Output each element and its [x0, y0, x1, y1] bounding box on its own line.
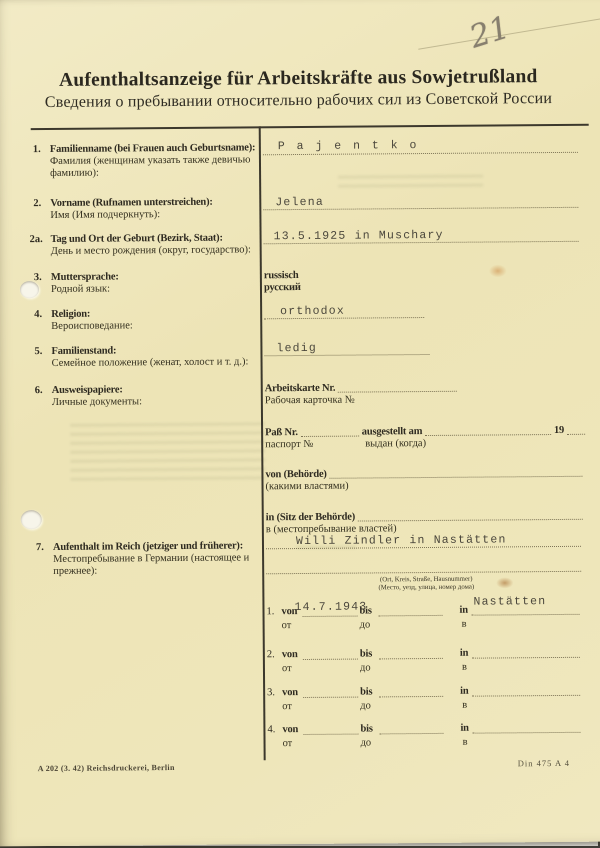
seat-label-german: in (Sitz der Behörde) [266, 512, 355, 525]
form-title-german: Aufenthaltsanzeige für Arbeitskräfte aus… [0, 66, 600, 93]
row-number: 2. [267, 649, 275, 660]
to-entry-line [378, 603, 442, 617]
label-russian: Семейное положение (женат, холост и т. д… [52, 356, 259, 370]
entry-line-familienstand [264, 339, 429, 356]
entry-line-vorname [263, 192, 578, 210]
von-label-russian: от [282, 620, 292, 631]
field-number: 5. [34, 346, 42, 358]
field-label-geburt: 2a. Tag und Ort der Geburt (Bezirk, Staa… [34, 232, 258, 258]
in-label-russian: в [462, 700, 467, 711]
ink-bleed-through [70, 422, 265, 482]
place-value: Nastätten [473, 595, 546, 609]
scanned-document: 21 Aufenthaltsanzeige für Arbeitskräfte … [0, 0, 600, 848]
label-russian: Личные документы: [52, 395, 259, 409]
field-number: 2a. [30, 234, 43, 246]
year-prefix: 19 [554, 425, 564, 437]
von-label-russian: от [282, 663, 292, 674]
in-label-german: in [460, 723, 468, 734]
field-label-muttersprache: 3. Muttersprache: Родной язык: [34, 270, 258, 296]
from-entry-line [303, 647, 358, 660]
von-label-german: von [282, 687, 298, 698]
value-muttersprache-russian: русский [264, 280, 584, 295]
ink-bleed-through [338, 175, 483, 194]
issued-label-russian: выдан (когда) [365, 438, 426, 450]
field-number: 4. [34, 309, 42, 321]
row-number: 4. [267, 724, 275, 735]
address-hint-russian: (Место, уезд, улица, номер дома) [296, 583, 556, 593]
handwritten-page-number: 21 [465, 9, 513, 55]
year-entry-line [567, 426, 585, 435]
label-russian: День и место рождения (округ, государств… [51, 244, 258, 258]
field-label-familienstand: 5. Familienstand: Семейное положение (же… [34, 344, 258, 370]
to-entry-line [379, 646, 443, 660]
in-label-german: in [460, 686, 468, 697]
in-label-russian: в [462, 662, 467, 673]
label-russian: Родной язык: [51, 282, 258, 296]
authority-label-russian: (какими властями) [265, 479, 585, 494]
field-label-vorname: 2. Vorname (Rufnamen unterstreichen): Им… [33, 196, 257, 222]
pass-russian-line: паспорт № выдан (когда) [265, 437, 585, 452]
bis-label-german: bis [360, 723, 372, 734]
bis-label-russian: до [361, 737, 372, 748]
field-number: 3. [34, 272, 42, 284]
bis-label-russian: до [360, 662, 371, 673]
field-label-ausweispapiere: 6. Ausweispapiere: Личные документы: [35, 383, 259, 409]
punch-hole-bottom [21, 510, 42, 529]
bis-label-russian: до [360, 619, 371, 630]
pass-number-entry-line [301, 428, 359, 437]
label-russian: Вероисповедание: [51, 319, 258, 333]
bis-label-russian: до [360, 700, 371, 711]
residence-row: 1. von от 14.7.1943 bis до in в Nastätte… [266, 604, 584, 636]
authority-label-german: von (Behörde) [265, 469, 326, 481]
bis-label-german: bis [359, 605, 371, 616]
residence-row: 4. von от bis до in в [267, 722, 585, 754]
entry-line-geburt [264, 226, 579, 244]
header-divider-rule [31, 124, 589, 130]
von-label-german: von [282, 724, 298, 735]
seat-entry-line [358, 511, 583, 522]
issued-entry-line [425, 426, 551, 436]
in-label-russian: в [462, 619, 467, 630]
place-entry-line [472, 683, 580, 697]
entry-line-aufenthalt-2 [266, 558, 581, 574]
label-russian: Имя (Имя подчеркнуть): [50, 208, 257, 222]
authority-entry-line [330, 468, 583, 479]
pass-label-german: Paß Nr. [265, 427, 298, 439]
field-label-aufenthalt: 7. Aufenthalt im Reich (jetziger und frü… [36, 540, 260, 578]
to-entry-line [379, 721, 443, 735]
entry-line-religion [264, 302, 424, 319]
bis-label-german: bis [360, 686, 372, 697]
bis-label-german: bis [360, 648, 372, 659]
in-label-german: in [460, 648, 468, 659]
field-number: 7. [36, 542, 44, 554]
issued-label-german: ausgestellt am [362, 426, 423, 438]
field-label-familienname: 1. Familienname (bei Frauen auch Geburts… [33, 142, 257, 180]
von-label-russian: от [282, 701, 292, 712]
entry-line-aufenthalt-1 [266, 532, 581, 549]
arbeitskarte-label-german: Arbeitskarte Nr. [265, 383, 336, 396]
residence-row: 3. von от bis до in в [267, 685, 585, 717]
label-russian: Фамилия (женщинам указать также девичью … [50, 154, 257, 180]
field-number: 6. [35, 385, 43, 397]
row-number: 3. [267, 687, 275, 698]
place-entry-line [472, 720, 580, 734]
von-label-russian: от [283, 738, 293, 749]
form-page: 21 Aufenthaltsanzeige für Arbeitskräfte … [0, 0, 600, 846]
place-entry-line [472, 645, 580, 659]
form-title-russian: Сведения о пребывании относительно рабоч… [0, 90, 600, 113]
row-number: 1. [266, 606, 274, 617]
von-label-german: von [282, 649, 298, 660]
from-entry-line [303, 685, 358, 698]
arbeitskarte-label-russian: Рабочая карточка № [265, 393, 585, 408]
label-russian: Местопребывание в Германии (настоящее и … [53, 552, 260, 578]
from-entry-line [303, 722, 358, 735]
from-value: 14.7.1943 [294, 600, 367, 614]
arbeitskarte-entry-line [338, 383, 457, 393]
in-label-german: in [459, 605, 467, 616]
pass-label-russian: паспорт № [265, 439, 313, 450]
documents-block: Arbeitskarte Nr. Рабочая карточка № Paß … [265, 381, 586, 537]
residence-row: 2. von от bis до in в [267, 647, 585, 679]
in-label-russian: в [463, 737, 468, 748]
field-number: 2. [33, 198, 41, 210]
print-code: A 202 (3. 42) Reichsdruckerei, Berlin [38, 763, 175, 773]
entry-line-familienname [263, 137, 578, 155]
to-entry-line [379, 684, 443, 698]
field-label-religion: 4. Religion: Вероисповедание: [34, 307, 258, 333]
field-number: 1. [33, 144, 41, 156]
din-format-label: Din 475 A 4 [518, 758, 570, 768]
